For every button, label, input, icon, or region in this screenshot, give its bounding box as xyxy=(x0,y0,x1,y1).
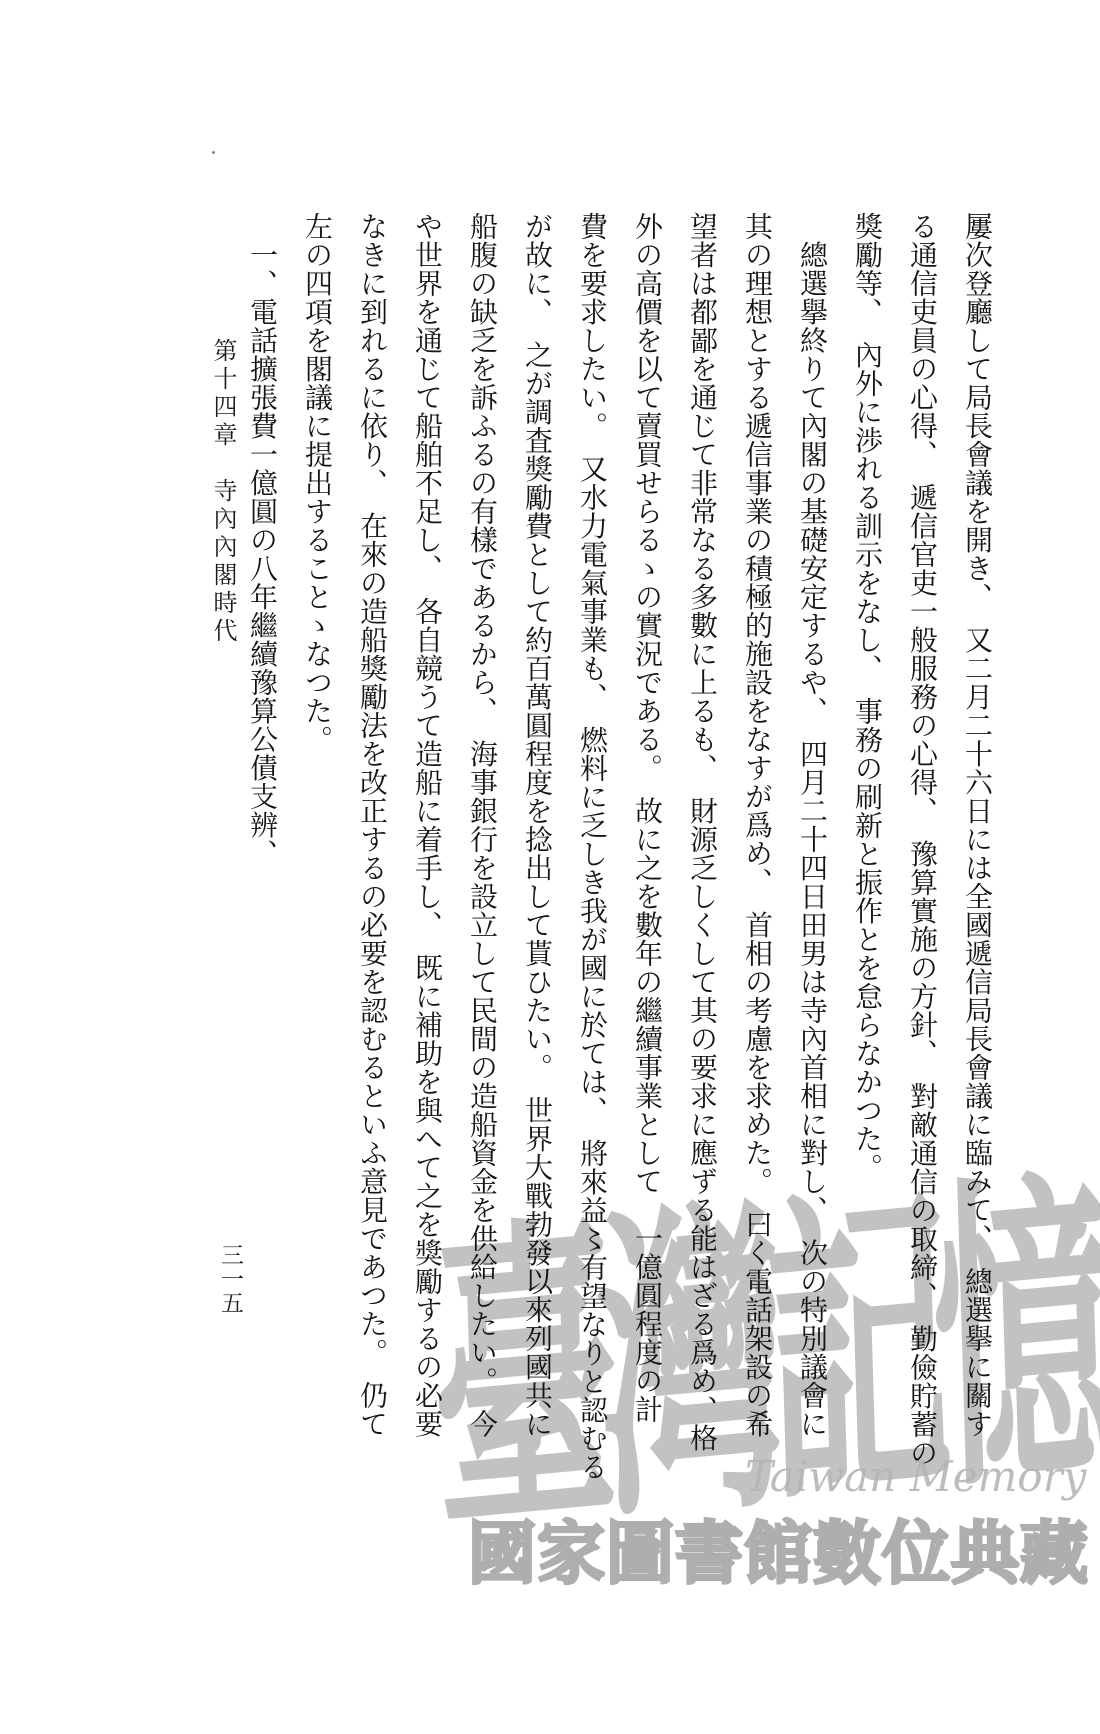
text-column-2: る通信吏員の心得、 遞信官吏一般服務の心得、 豫算實施の方針、 對敵通信の取締、… xyxy=(895,212,950,1512)
text-column-9: が故に、 之が調査獎勵費として約百萬圓程度を捻出して貰ひたい。 世界大戰勃發以來… xyxy=(510,212,565,1512)
text-column-13: 左の四項を閣議に提出することゝなつた。 xyxy=(290,212,345,1512)
text-column-10: 船腹の缺乏を訴ふるの有樣であるから、 海事銀行を設立して民間の造船資金を供給した… xyxy=(455,212,510,1512)
text-column-1: 屢次登廳して局長會議を開き、 又二月二十六日には全國遞信局長會議に臨みて、 總選… xyxy=(950,212,1005,1512)
text-column-12: なきに到れるに依り、 在來の造船獎勵法を改正するの必要を認むるといふ意見であつた… xyxy=(345,212,400,1512)
text-column-7: 外の高價を以て賣買せらるゝの實況である。 故に之を數年の繼續事業として 一億圓程… xyxy=(620,212,675,1512)
text-column-item-1: 一、電話擴張費一億圓の八年繼續豫算公債支辨、 xyxy=(235,212,290,1512)
page-number: 三一五 xyxy=(214,1243,247,1315)
text-column-11: や世界を通じて船舶不足し、 各自競うて造船に着手し、 既に補助を與へて之を獎勵す… xyxy=(400,212,455,1512)
text-column-6: 望者は都鄙を通じて非常なる多數に上るも、 財源乏しくして其の要求に應ずる能はざる… xyxy=(675,212,730,1512)
text-column-3: 獎勵等、 內外に渉れる訓示をなし、 事務の刷新と振作とを怠らなかつた。 xyxy=(840,212,895,1512)
text-column-4: 總選擧終りて內閣の基礎安定するや、 四月二十四日田男は寺內首相に對し、 次の特別… xyxy=(785,212,840,1512)
body-text-block: 屢次登廳して局長會議を開き、 又二月二十六日には全國遞信局長會議に臨みて、 總選… xyxy=(235,212,1005,1512)
text-column-8: 費を要求したい。 又水力電氣事業も、 燃料に乏しき我が國に於ては、 將來益〻有望… xyxy=(565,212,620,1512)
paper-speck xyxy=(212,151,215,154)
chapter-running-header: 第十四章 寺內內閣時代 xyxy=(206,338,241,646)
text-column-5: 其の理想とする遞信事業の積極的施設をなすが爲め、 首相の考慮を求めた。 曰く電話… xyxy=(730,212,785,1512)
scanned-book-page: 臺灣記憶 Taiwan Memory 國家圖書館數位典藏 屢次登廳して局長會議を… xyxy=(0,0,1100,1734)
national-library-digital-archive-watermark: 國家圖書館數位典藏 xyxy=(468,1500,1089,1597)
